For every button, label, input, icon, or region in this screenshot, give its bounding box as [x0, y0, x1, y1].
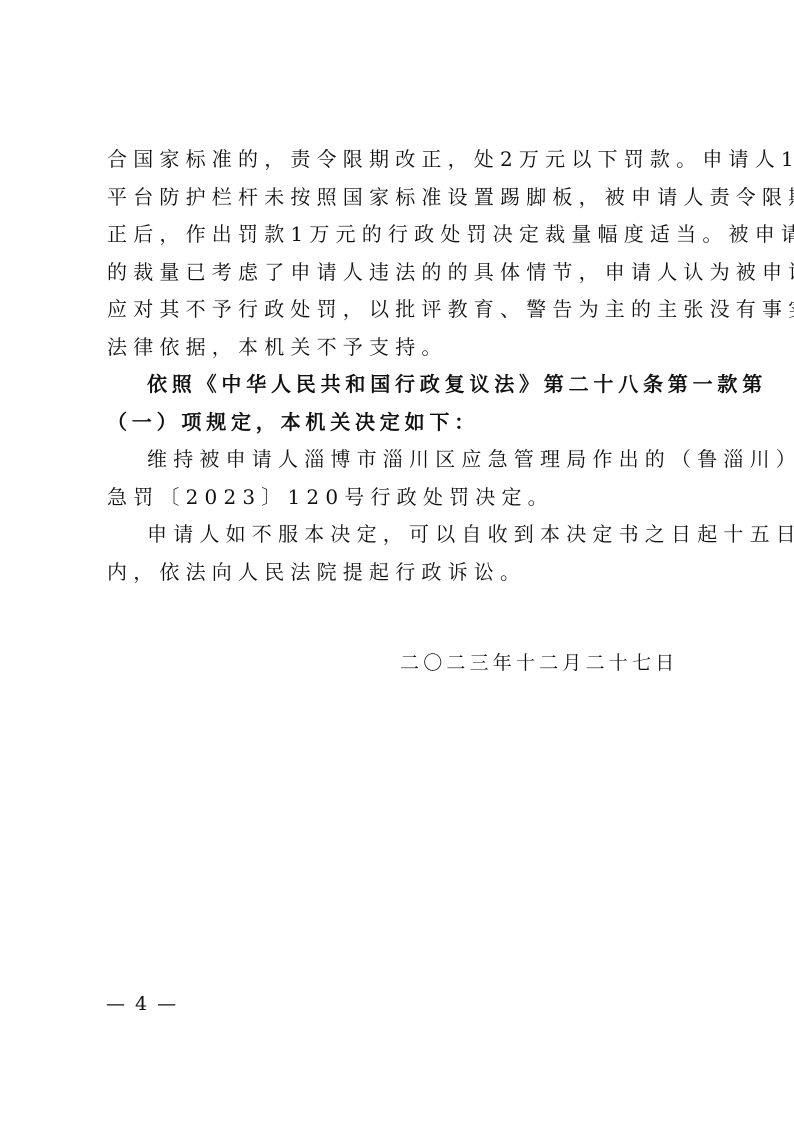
text-line: （一）项规定，本机关决定如下：: [107, 404, 695, 442]
text-line: 申请人如不服本决定，可以自收到本决定书之日起十五日: [107, 516, 695, 554]
paragraph-penalty-reasoning: 合国家标准的，责令限期改正，处2万元以下罚款。申请人1处 平台防护栏杆未按照国家…: [107, 141, 695, 366]
text-line: 合国家标准的，责令限期改正，处2万元以下罚款。申请人1处: [107, 141, 695, 179]
document-date: 二〇二三年十二月二十七日: [400, 648, 652, 678]
text-line: 急罚〔2023〕120号行政处罚决定。: [107, 479, 695, 517]
document-body: 合国家标准的，责令限期改正，处2万元以下罚款。申请人1处 平台防护栏杆未按照国家…: [107, 141, 695, 591]
text-line: 正后，作出罚款1万元的行政处罚决定裁量幅度适当。被申请人: [107, 216, 695, 254]
text-line: 法律依据，本机关不予支持。: [107, 329, 695, 367]
text-line: 平台防护栏杆未按照国家标准设置踢脚板，被申请人责令限期改: [107, 179, 695, 217]
text-line: 依照《中华人民共和国行政复议法》第二十八条第一款第: [107, 366, 695, 404]
page-number: — 4 —: [106, 992, 178, 1016]
text-line: 应对其不予行政处罚，以批评教育、警告为主的主张没有事实和: [107, 291, 695, 329]
text-line: 的裁量已考虑了申请人违法的的具体情节，申请人认为被申请人: [107, 254, 695, 292]
document-page: 合国家标准的，责令限期改正，处2万元以下罚款。申请人1处 平台防护栏杆未按照国家…: [0, 0, 794, 1123]
paragraph-legal-basis: 依照《中华人民共和国行政复议法》第二十八条第一款第 （一）项规定，本机关决定如下…: [107, 366, 695, 441]
text-line: 内，依法向人民法院提起行政诉讼。: [107, 554, 695, 592]
paragraph-appeal-notice: 申请人如不服本决定，可以自收到本决定书之日起十五日 内，依法向人民法院提起行政诉…: [107, 516, 695, 591]
paragraph-decision: 维持被申请人淄博市淄川区应急管理局作出的（鲁淄川）应 急罚〔2023〕120号行…: [107, 441, 695, 516]
text-line: 维持被申请人淄博市淄川区应急管理局作出的（鲁淄川）应: [107, 441, 695, 479]
